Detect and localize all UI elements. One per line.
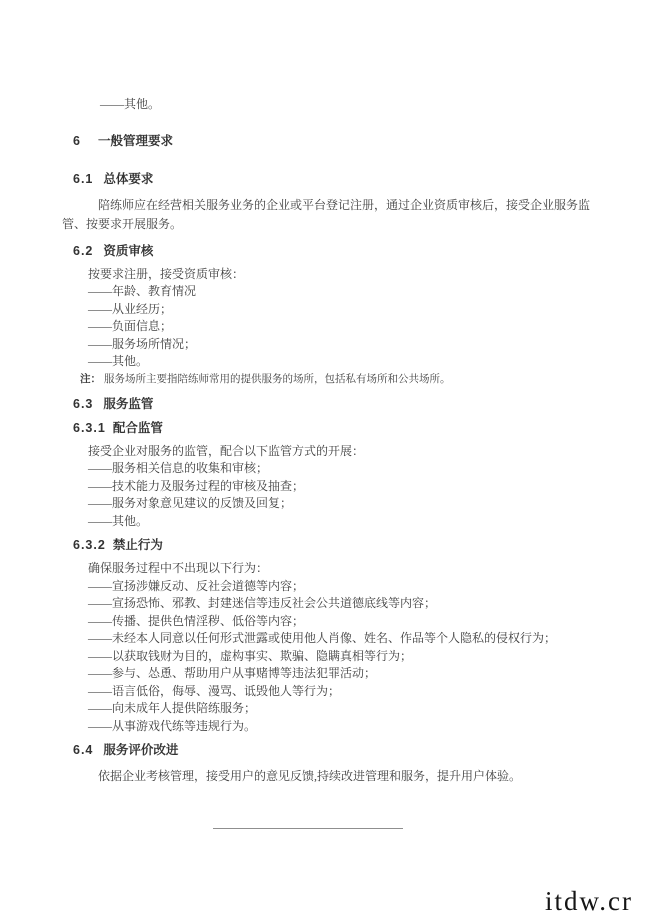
dash-list-item: ——其他。	[62, 96, 592, 114]
clause-number: 6.3.1	[73, 420, 106, 436]
dash-list: ——其他。	[62, 96, 592, 114]
clause-heading: 6.3服务监管	[73, 396, 592, 412]
watermark: itdw.cr	[545, 886, 633, 917]
dash-list-item: ——服务对象意见建议的反馈及回复；	[62, 495, 592, 513]
clause-paragraph: 依据企业考核管理，接受用户的意见反馈,持续改进管理和服务，提升用户体验。	[62, 767, 592, 786]
dash-list-item: ——语言低俗，侮辱、漫骂、诋毁他人等行为；	[62, 683, 592, 701]
dash-list-item: ——其他。	[62, 513, 592, 531]
list-intro-line: 确保服务过程中不出现以下行为：	[62, 560, 592, 578]
document-content: ——其他。6一般管理要求6.1总体要求陪练师应在经营相关服务业务的企业或平台登记…	[62, 0, 592, 829]
dash-list-item: ——以获取钱财为目的，虚构事实、欺骗、隐瞒真相等行为；	[62, 648, 592, 666]
note: 注：服务场所主要指陪练师常用的提供服务的场所，包括私有场所和公共场所。	[80, 372, 592, 387]
clause-heading: 6.1总体要求	[73, 171, 592, 187]
clause-paragraph: 陪练师应在经营相关服务业务的企业或平台登记注册，通过企业资质审核后，接受企业服务…	[62, 196, 592, 234]
clause-heading: 6.2资质审核	[73, 243, 592, 259]
clause-title: 资质审核	[103, 244, 153, 258]
clause-number: 6	[73, 133, 81, 149]
dash-list-item: ——其他。	[62, 353, 592, 371]
clause-number: 6.4	[73, 742, 93, 758]
clause-title: 配合监管	[113, 421, 163, 435]
dash-list-item: ——未经本人同意以任何形式泄露或使用他人肖像、姓名、作品等个人隐私的侵权行为；	[62, 630, 592, 648]
dash-list-item: ——向未成年人提供陪练服务；	[62, 700, 592, 718]
list-intro-line: 接受企业对服务的监管，配合以下监管方式的开展：	[62, 443, 592, 461]
clause-heading: 6一般管理要求	[73, 133, 592, 149]
note-label: 注：	[80, 374, 101, 385]
clause-number: 6.2	[73, 243, 93, 259]
dash-list-item: ——宣扬恐怖、邪教、封建迷信等违反社会公共道德底线等内容；	[62, 595, 592, 613]
clause-number: 6.1	[73, 171, 93, 187]
end-divider	[213, 828, 403, 829]
note-text: 服务场所主要指陪练师常用的提供服务的场所，包括私有场所和公共场所。	[104, 374, 451, 385]
dash-list: ——年龄、教育情况——从业经历；——负面信息；——服务场所情况；——其他。	[62, 283, 592, 371]
dash-list-item: ——参与、怂恿、帮助用户从事赌博等违法犯罪活动；	[62, 665, 592, 683]
dash-list-item: ——从业经历；	[62, 301, 592, 319]
document-page: ——其他。6一般管理要求6.1总体要求陪练师应在经营相关服务业务的企业或平台登记…	[0, 0, 650, 920]
clause-title: 服务监管	[103, 397, 153, 411]
clause-number: 6.3	[73, 396, 93, 412]
dash-list-item: ——负面信息；	[62, 318, 592, 336]
clause-heading: 6.4服务评价改进	[73, 742, 592, 758]
clause-title: 服务评价改进	[103, 743, 178, 757]
dash-list-item: ——年龄、教育情况	[62, 283, 592, 301]
dash-list-item: ——宣扬涉嫌反动、反社会道德等内容；	[62, 578, 592, 596]
clause-title: 一般管理要求	[98, 134, 173, 148]
dash-list-item: ——技术能力及服务过程的审核及抽查；	[62, 478, 592, 496]
clause-heading: 6.3.2禁止行为	[73, 537, 592, 553]
clause-title: 禁止行为	[113, 538, 163, 552]
clause-number: 6.3.2	[73, 537, 106, 553]
dash-list-item: ——服务场所情况；	[62, 336, 592, 354]
clause-heading: 6.3.1配合监管	[73, 420, 592, 436]
dash-list-item: ——从事游戏代练等违规行为。	[62, 718, 592, 736]
dash-list: ——宣扬涉嫌反动、反社会道德等内容；——宣扬恐怖、邪教、封建迷信等违反社会公共道…	[62, 578, 592, 736]
dash-list-item: ——传播、提供色情淫秽、低俗等内容；	[62, 613, 592, 631]
clause-title: 总体要求	[103, 172, 153, 186]
list-intro-line: 按要求注册，接受资质审核：	[62, 266, 592, 284]
dash-list-item: ——服务相关信息的收集和审核；	[62, 460, 592, 478]
dash-list: ——服务相关信息的收集和审核；——技术能力及服务过程的审核及抽查；——服务对象意…	[62, 460, 592, 530]
